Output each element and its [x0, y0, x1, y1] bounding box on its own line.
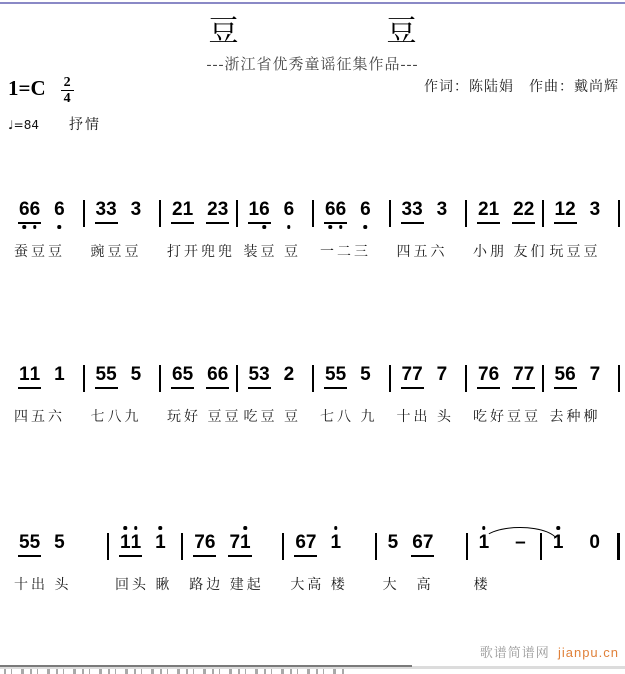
- notes-row: 111: [109, 531, 181, 563]
- barline: [618, 365, 620, 392]
- measure: 7671路边 建起: [183, 531, 282, 594]
- note-group: –: [514, 533, 527, 555]
- notes-row: 777: [391, 363, 466, 395]
- note-digit: 6: [207, 365, 218, 385]
- notes-row: 666: [314, 198, 389, 230]
- note-digit: 6: [295, 533, 306, 553]
- note-digit: 1: [131, 533, 142, 553]
- note-digit: 7: [590, 365, 601, 385]
- note-group: 5: [53, 533, 66, 555]
- note-digit: 5: [19, 533, 30, 553]
- note-group: 6: [283, 200, 296, 222]
- notes-row: 532: [238, 363, 313, 395]
- notes-row: 2123: [161, 198, 236, 230]
- note-digit: 6: [489, 365, 500, 385]
- note-group: 0: [588, 533, 601, 555]
- notes-row: 10: [542, 531, 617, 563]
- note-digit: 7: [306, 533, 317, 553]
- notes-row: 6566: [161, 363, 236, 395]
- lyric: 豌豆豆: [85, 241, 160, 261]
- octave-dot: [287, 225, 291, 229]
- note-digit: 2: [284, 365, 295, 385]
- note-group: 6: [359, 200, 372, 222]
- note-group: 21: [171, 200, 194, 224]
- lyric: 装豆 豆: [238, 241, 313, 261]
- note-group: 56: [554, 365, 577, 389]
- note-digit: 5: [54, 533, 65, 553]
- note-digit: 5: [249, 365, 260, 385]
- measure: 111回头 瞅: [109, 531, 181, 594]
- octave-dot: [482, 526, 486, 530]
- lyric: 十出 头: [391, 406, 466, 426]
- note-digit: 6: [54, 200, 65, 220]
- note-digit: 1: [155, 533, 166, 553]
- watermark-domain: jianpu.cn: [558, 645, 619, 660]
- lyric: 四五六: [391, 241, 466, 261]
- clipped-text-row: [4, 669, 344, 674]
- note-digit: 7: [402, 365, 413, 385]
- lyric: 七八 九: [314, 406, 389, 426]
- note-digit: 3: [131, 200, 142, 220]
- note-digit: 1: [553, 533, 564, 553]
- note-group: 55: [95, 365, 118, 389]
- note-group: 5: [130, 365, 143, 387]
- note-digit: 7: [412, 365, 423, 385]
- measure: 10: [542, 531, 617, 574]
- note-group: 66: [324, 200, 347, 224]
- note-digit: 5: [131, 365, 142, 385]
- note-digit: 0: [589, 533, 600, 553]
- notes-row: 567: [544, 363, 619, 395]
- note-group: 1: [552, 533, 565, 555]
- note-digit: 3: [402, 200, 413, 220]
- notes-row: 555: [8, 531, 107, 563]
- measure: 777十出 头: [391, 363, 466, 426]
- watermark: 歌谱简谱网 jianpu.cn: [480, 642, 619, 661]
- score-line: 111四五六555七八九6566玩好 豆豆532吃豆 豆555七八 九777十出…: [8, 363, 620, 426]
- note-group: 65: [171, 365, 194, 389]
- note-group: 5: [387, 533, 400, 555]
- lyric: 大高 楼: [284, 574, 374, 594]
- notes-row: 123: [544, 198, 619, 230]
- notes-row: 333: [391, 198, 466, 230]
- octave-dot: [134, 526, 138, 530]
- octave-dot: [263, 225, 267, 229]
- note-group: 1: [53, 365, 66, 387]
- note-digit: 1: [489, 200, 500, 220]
- note-digit: 1: [19, 365, 30, 385]
- lyric: 吃好豆豆: [467, 406, 542, 426]
- note-digit: 6: [284, 200, 295, 220]
- note-group: 1: [154, 533, 167, 555]
- note-digit: 3: [106, 200, 117, 220]
- note-group: 6: [53, 200, 66, 222]
- measure: 671大高 楼: [284, 531, 374, 594]
- note-digit: 7: [423, 533, 434, 553]
- measure: 166装豆 豆: [238, 198, 313, 261]
- octave-dot: [124, 526, 128, 530]
- note-digit: 5: [30, 533, 41, 553]
- note-group: 71: [228, 533, 251, 557]
- note-digit: 7: [478, 365, 489, 385]
- octave-dot: [339, 225, 343, 229]
- note-group: 3: [589, 200, 602, 222]
- barline: [617, 533, 620, 560]
- note-group: 33: [401, 200, 424, 224]
- lyric: 一二三: [314, 241, 389, 261]
- note-group: 3: [436, 200, 449, 222]
- note-digit: 1: [183, 200, 194, 220]
- note-digit: 7: [437, 365, 448, 385]
- note-group: 67: [411, 533, 434, 557]
- note-digit: 7: [524, 365, 535, 385]
- score-systems: 666蚕豆豆333豌豆豆2123打开兜兜166装豆 豆666一二三333四五六2…: [8, 0, 620, 674]
- note-digit: 6: [360, 200, 371, 220]
- notes-row: 111: [8, 363, 83, 395]
- notes-row: 333: [85, 198, 160, 230]
- lyric: 去种柳: [544, 406, 619, 426]
- lyric: 玩好 豆豆: [161, 406, 236, 426]
- note-digit: 1: [249, 200, 260, 220]
- note-digit: 6: [336, 200, 347, 220]
- measure: 555十出 头: [8, 531, 107, 594]
- note-group: 77: [512, 365, 535, 389]
- notes-row: 555: [85, 363, 160, 395]
- measure: 532吃豆 豆: [238, 363, 313, 426]
- note-digit: 1: [330, 533, 341, 553]
- note-digit: 6: [205, 533, 216, 553]
- note-digit: 1: [54, 365, 65, 385]
- note-digit: 5: [388, 533, 399, 553]
- measure: 123玩豆豆: [544, 198, 619, 261]
- note-digit: 3: [437, 200, 448, 220]
- note-digit: 7: [194, 533, 205, 553]
- lyric: 大 高: [377, 574, 466, 594]
- lyric: 回头 瞅: [109, 574, 181, 594]
- measure: 7677吃好豆豆: [467, 363, 542, 426]
- lyric: 七八九: [85, 406, 160, 426]
- measure: 2123打开兜兜: [161, 198, 236, 261]
- measure: 6566玩好 豆豆: [161, 363, 236, 426]
- note-digit: 3: [218, 200, 229, 220]
- notes-row: 671: [284, 531, 374, 563]
- note-group: 77: [401, 365, 424, 389]
- notes-row: 555: [314, 363, 389, 395]
- notes-row: 7671: [183, 531, 282, 563]
- note-digit: 1: [240, 533, 251, 553]
- bottom-divider-dark: [0, 665, 412, 667]
- note-group: 55: [18, 533, 41, 557]
- lyric: 楼: [468, 574, 540, 594]
- measure: 555七八九: [85, 363, 160, 426]
- note-group: 1: [329, 533, 342, 555]
- octave-dot: [23, 225, 27, 229]
- octave-dot: [364, 225, 368, 229]
- note-digit: –: [515, 533, 526, 553]
- lyric: 四五六: [8, 406, 83, 426]
- note-digit: 1: [479, 533, 490, 553]
- note-digit: 7: [513, 365, 524, 385]
- note-digit: 6: [412, 533, 423, 553]
- note-digit: 2: [524, 200, 535, 220]
- note-digit: 6: [19, 200, 30, 220]
- barline: [618, 200, 620, 227]
- note-group: 33: [95, 200, 118, 224]
- note-digit: 2: [478, 200, 489, 220]
- note-group: 21: [477, 200, 500, 224]
- lyric: 十出 头: [8, 574, 107, 594]
- notes-row: 2122: [467, 198, 542, 230]
- note-group: 1: [478, 533, 491, 555]
- note-digit: 3: [96, 200, 107, 220]
- measure: 333豌豆豆: [85, 198, 160, 261]
- note-group: 11: [119, 533, 142, 557]
- note-group: 3: [130, 200, 143, 222]
- note-digit: 1: [30, 365, 41, 385]
- note-group: 16: [248, 200, 271, 224]
- watermark-site-name: 歌谱简谱网: [480, 645, 550, 660]
- note-group: 66: [206, 365, 229, 389]
- octave-dot: [329, 225, 333, 229]
- measure: 555七八 九: [314, 363, 389, 426]
- note-digit: 2: [172, 200, 183, 220]
- note-digit: 6: [172, 365, 183, 385]
- note-digit: 5: [183, 365, 194, 385]
- note-digit: 2: [565, 200, 576, 220]
- measure: 666一二三: [314, 198, 389, 261]
- note-digit: 6: [565, 365, 576, 385]
- octave-dot: [58, 225, 62, 229]
- note-digit: 6: [259, 200, 270, 220]
- lyric: 蚕豆豆: [8, 241, 83, 261]
- lyric: 路边 建起: [183, 574, 282, 594]
- note-digit: 2: [513, 200, 524, 220]
- note-digit: 5: [336, 365, 347, 385]
- note-group: 66: [18, 200, 41, 224]
- note-group: 2: [283, 365, 296, 387]
- notes-row: 567: [377, 531, 466, 563]
- lyric: 吃豆 豆: [238, 406, 313, 426]
- note-group: 53: [248, 365, 271, 389]
- notes-row: 7677: [467, 363, 542, 395]
- octave-dot: [556, 526, 560, 530]
- sheet-music-page: 豆 豆 ---浙江省优秀童谣征集作品--- 作词：陈陆娟 作曲：戴尚辉 1=C …: [0, 0, 625, 674]
- note-group: 55: [324, 365, 347, 389]
- notes-row: 166: [238, 198, 313, 230]
- note-group: 12: [554, 200, 577, 224]
- score-line: 555十出 头111回头 瞅7671路边 建起671大高 楼567大 高1–楼1…: [8, 531, 620, 594]
- score-line: 666蚕豆豆333豌豆豆2123打开兜兜166装豆 豆666一二三333四五六2…: [8, 198, 620, 261]
- lyric: 小朋 友们: [467, 241, 542, 261]
- note-digit: 2: [207, 200, 218, 220]
- note-group: 67: [294, 533, 317, 557]
- lyric: 玩豆豆: [544, 241, 619, 261]
- note-digit: 1: [120, 533, 131, 553]
- note-group: 7: [436, 365, 449, 387]
- note-digit: 6: [30, 200, 41, 220]
- note-digit: 5: [555, 365, 566, 385]
- note-group: 22: [512, 200, 535, 224]
- octave-dot: [159, 526, 163, 530]
- note-digit: 3: [590, 200, 601, 220]
- lyric: 打开兜兜: [161, 241, 236, 261]
- measure: 567大 高: [377, 531, 466, 594]
- note-group: 5: [359, 365, 372, 387]
- measure: 2122小朋 友们: [467, 198, 542, 261]
- octave-dot: [244, 526, 248, 530]
- note-digit: 5: [106, 365, 117, 385]
- measure: 111四五六: [8, 363, 83, 426]
- note-digit: 5: [96, 365, 107, 385]
- note-group: 76: [193, 533, 216, 557]
- measure: 333四五六: [391, 198, 466, 261]
- measure: 567去种柳: [544, 363, 619, 426]
- note-group: 23: [206, 200, 229, 224]
- note-group: 76: [477, 365, 500, 389]
- measure: 666蚕豆豆: [8, 198, 83, 261]
- note-digit: 6: [325, 200, 336, 220]
- note-group: 7: [589, 365, 602, 387]
- octave-dot: [33, 225, 37, 229]
- note-digit: 3: [259, 365, 270, 385]
- note-group: 11: [18, 365, 41, 389]
- note-digit: 1: [555, 200, 566, 220]
- note-digit: 7: [229, 533, 240, 553]
- note-digit: 5: [325, 365, 336, 385]
- octave-dot: [334, 526, 338, 530]
- note-digit: 5: [360, 365, 371, 385]
- note-digit: 3: [412, 200, 423, 220]
- notes-row: 666: [8, 198, 83, 230]
- note-digit: 6: [218, 365, 229, 385]
